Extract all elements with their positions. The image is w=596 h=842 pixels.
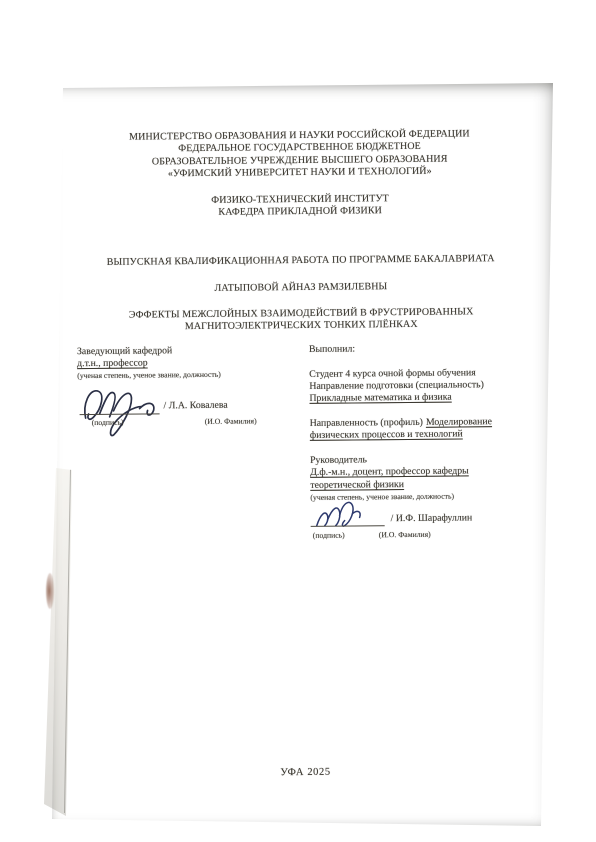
supervisor-signature-hint: (подпись) (313, 530, 345, 543)
page-content: МИНИСТЕРСТВО ОБРАЗОВАНИЯ И НАУКИ РОССИЙС… (48, 81, 556, 829)
student-supervisor-block: Выполнил: Студент 4 курса очной формы об… (309, 342, 553, 545)
thesis-title-page: МИНИСТЕРСТВО ОБРАЗОВАНИЯ И НАУКИ РОССИЙС… (52, 83, 553, 826)
supervisor-name-hint: (И.О. Фамилия) (379, 529, 431, 542)
sharafullin-signature (312, 498, 376, 535)
institute-header: ФИЗИКО-ТЕХНИЧЕСКИЙ ИНСТИТУТ КАФЕДРА ПРИК… (50, 192, 551, 222)
brown-edge-mark (46, 573, 54, 609)
supervisor-signature-row: / И.Ф. Шарафуллин (подпись) (И.О. Фамили… (310, 502, 552, 544)
work-type-line: ВЫПУСКНАЯ КВАЛИФИКАЦИОННАЯ РАБОТА ПО ПРО… (50, 253, 551, 270)
supervisor-signature-name: / И.Ф. Шарафуллин (391, 513, 473, 526)
head-name-hint: (И.О. Фамилия) (205, 415, 257, 428)
profile-value-2: физических процессов и технологий (310, 428, 552, 443)
head-signature-hint: (подпись) (92, 417, 124, 430)
profile-label: Направленность (профиль) (310, 417, 423, 429)
author-name: ЛАТЫПОВОЙ АЙНАЗ РАМЗИЛЕВНЫ (50, 280, 551, 297)
city-year-footer: УФА 2025 (55, 765, 556, 782)
head-of-department-block: Заведующий кафедрой д.т.н., профессор (у… (77, 344, 313, 430)
student-program: Прикладные математика и физика (309, 391, 551, 406)
ministry-header: МИНИСТЕРСТВО ОБРАЗОВАНИЯ И НАУКИ РОССИЙС… (49, 128, 550, 182)
completed-label: Выполнил: (309, 342, 551, 357)
profile-value-1: Моделирование (426, 416, 492, 428)
photo-background: { "document": { "ministry_lines": [ "МИН… (0, 0, 596, 842)
thesis-title: ЭФФЕКТЫ МЕЖСЛОЙНЫХ ВЗАИМОДЕЙСТВИЙ В ФРУС… (51, 306, 552, 336)
head-signature-name: / Л.А. Ковалева (163, 400, 227, 413)
head-signature-row: / Л.А. Ковалева (подпись) (И.О. Фамилия) (77, 384, 312, 430)
